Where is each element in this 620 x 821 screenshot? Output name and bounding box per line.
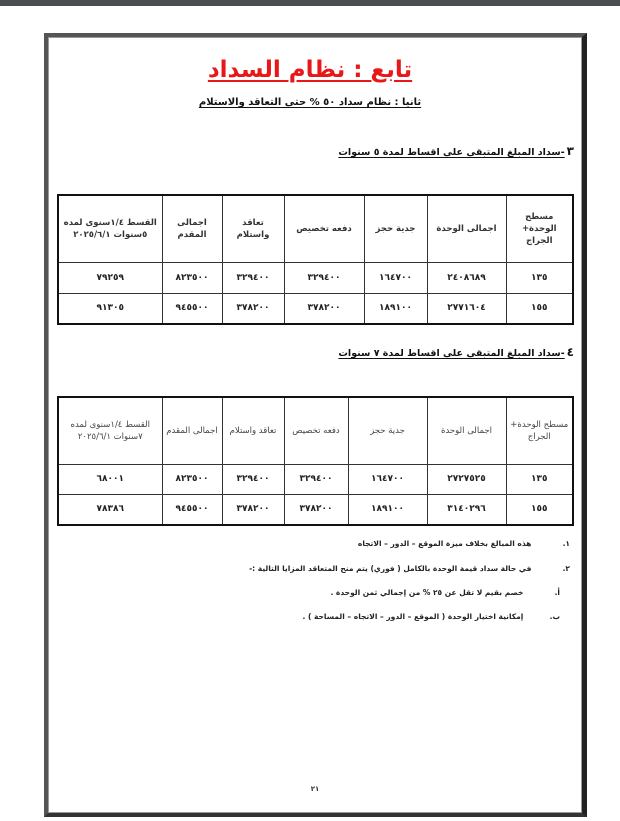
cell-unit-total: ٢٧٧١٦٠٤: [427, 293, 506, 324]
cell-unit-total: ٢٤٠٨٦٨٩: [427, 262, 506, 293]
cell-downpayment: ٨٢٣٥٠٠: [162, 262, 222, 293]
section-heading-7-years: ٤-سداد المبلغ المتبقى على اقساط لمدة ٧ س…: [338, 345, 574, 361]
table-header-row: مسطح الوحدة+ الجراج اجمالى الوحدة جدية ح…: [58, 397, 573, 464]
header-unit-total: اجمالى الوحدة: [427, 397, 506, 464]
cell-area: ١٣٥: [506, 464, 573, 494]
header-unit-area: مسطح الوحدة+ الجراج: [506, 397, 573, 464]
note-marker: ب.: [536, 611, 560, 623]
note-subitem: أ. خصم بقيم لا تقل عن ٢٥ % من إجمالي ثمن…: [330, 587, 560, 599]
header-unit-total: اجمالى الوحدة: [427, 195, 506, 262]
note-item: ١. هذه المبالغ بخلاف ميزة الموقع – الدور…: [358, 538, 570, 550]
note-text: في حالة سداد قيمة الوحدة بالكامل ( فوري)…: [249, 564, 531, 573]
table-row: ١٥٥ ٢٧٧١٦٠٤ ١٨٩١٠٠ ٣٧٨٢٠٠ ٣٧٨٢٠٠ ٩٤٥٥٠٠ …: [58, 293, 573, 324]
cell-booking: ١٦٤٧٠٠: [364, 262, 427, 293]
header-quarterly-installment: القسط ١/٤سنوى لمده ٥سنوات ٢٠٢٥/٦/١: [58, 195, 162, 262]
cell-downpayment: ٨٢٣٥٠٠: [162, 464, 222, 494]
cell-contract: ٣٢٩٤٠٠: [222, 464, 284, 494]
cell-booking: ١٨٩١٠٠: [348, 494, 427, 525]
header-allocation-payment: دفعه تخصيص: [284, 397, 348, 464]
header-booking-deposit: جدية حجز: [348, 397, 427, 464]
section-heading-5-years: ٣-سداد المبلغ المتبقى على اقساط لمدة ٥ س…: [338, 144, 574, 160]
cell-allocation: ٣٢٩٤٠٠: [284, 262, 364, 293]
installments-table-5-years: مسطح الوحدة+ الجراج اجمالى الوحدة جدية ح…: [57, 194, 574, 325]
cell-contract: ٣٧٨٢٠٠: [222, 494, 284, 525]
note-marker: أ.: [536, 587, 560, 599]
header-unit-area: مسطح الوحدة+ الجراج: [506, 195, 573, 262]
header-quarterly-installment: القسط ١/٤سنوى لمده ٧سنوات ٢٠٢٥/٦/١: [58, 397, 162, 464]
cell-unit-total: ٢٧٢٧٥٢٥: [427, 464, 506, 494]
header-total-downpayment: اجمالى المقدم: [162, 195, 222, 262]
cell-area: ١٥٥: [506, 293, 573, 324]
viewer-top-bar: [0, 0, 620, 6]
cell-area: ١٥٥: [506, 494, 573, 525]
note-text: خصم بقيم لا تقل عن ٢٥ % من إجمالي ثمن ال…: [330, 588, 523, 597]
cell-booking: ١٨٩١٠٠: [364, 293, 427, 324]
table-row: ١٣٥ ٢٧٢٧٥٢٥ ١٦٤٧٠٠ ٣٢٩٤٠٠ ٣٢٩٤٠٠ ٨٢٣٥٠٠ …: [58, 464, 573, 494]
cell-installment: ٦٨٠٠١: [58, 464, 162, 494]
cell-area: ١٣٥: [506, 262, 573, 293]
cell-installment: ٩١٣٠٥: [58, 293, 162, 324]
cell-installment: ٧٨٣٨٦: [58, 494, 162, 525]
section-number: ٤: [567, 345, 574, 359]
cell-unit-total: ٣١٤٠٢٩٦: [427, 494, 506, 525]
page-number: ٢١: [305, 785, 325, 793]
note-text: إمكانية اختيار الوحدة ( الموقع – الدور –…: [302, 612, 523, 621]
cell-allocation: ٣٢٩٤٠٠: [284, 464, 348, 494]
cell-downpayment: ٩٤٥٥٠٠: [162, 494, 222, 525]
cell-installment: ٧٩٢٥٩: [58, 262, 162, 293]
header-booking-deposit: جدية حجز: [364, 195, 427, 262]
header-total-downpayment: اجمالى المقدم: [162, 397, 222, 464]
table-row: ١٣٥ ٢٤٠٨٦٨٩ ١٦٤٧٠٠ ٣٢٩٤٠٠ ٣٢٩٤٠٠ ٨٢٣٥٠٠ …: [58, 262, 573, 293]
cell-allocation: ٣٧٨٢٠٠: [284, 494, 348, 525]
page-title: تابع : نظام السداد: [150, 55, 470, 85]
note-subitem: ب. إمكانية اختيار الوحدة ( الموقع – الدو…: [302, 611, 560, 623]
section-heading-text: -سداد المبلغ المتبقى على اقساط لمدة ٥ سن…: [338, 147, 564, 158]
note-marker: ٢.: [546, 563, 570, 575]
note-marker: ١.: [546, 538, 570, 550]
cell-booking: ١٦٤٧٠٠: [348, 464, 427, 494]
cell-contract: ٣٧٨٢٠٠: [222, 293, 284, 324]
installments-table-7-years: مسطح الوحدة+ الجراج اجمالى الوحدة جدية ح…: [57, 396, 574, 526]
header-contract-delivery: تعاقد واستلام: [222, 195, 284, 262]
cell-contract: ٣٢٩٤٠٠: [222, 262, 284, 293]
note-item: ٢. في حالة سداد قيمة الوحدة بالكامل ( فو…: [249, 563, 570, 575]
header-contract-delivery: تعاقد واستلام: [222, 397, 284, 464]
table-row: ١٥٥ ٣١٤٠٢٩٦ ١٨٩١٠٠ ٣٧٨٢٠٠ ٣٧٨٢٠٠ ٩٤٥٥٠٠ …: [58, 494, 573, 525]
cell-downpayment: ٩٤٥٥٠٠: [162, 293, 222, 324]
header-allocation-payment: دفعه تخصيص: [284, 195, 364, 262]
section-number: ٣: [567, 144, 574, 158]
section-heading-text: -سداد المبلغ المتبقى على اقساط لمدة ٧ سن…: [338, 348, 564, 359]
page-subtitle: ثانيا : نظام سداد ٥٠ % حتى التعاقد والاس…: [130, 96, 490, 110]
cell-allocation: ٣٧٨٢٠٠: [284, 293, 364, 324]
table-header-row: مسطح الوحدة+ الجراج اجمالى الوحدة جدية ح…: [58, 195, 573, 262]
note-text: هذه المبالغ بخلاف ميزة الموقع – الدور – …: [358, 539, 531, 548]
